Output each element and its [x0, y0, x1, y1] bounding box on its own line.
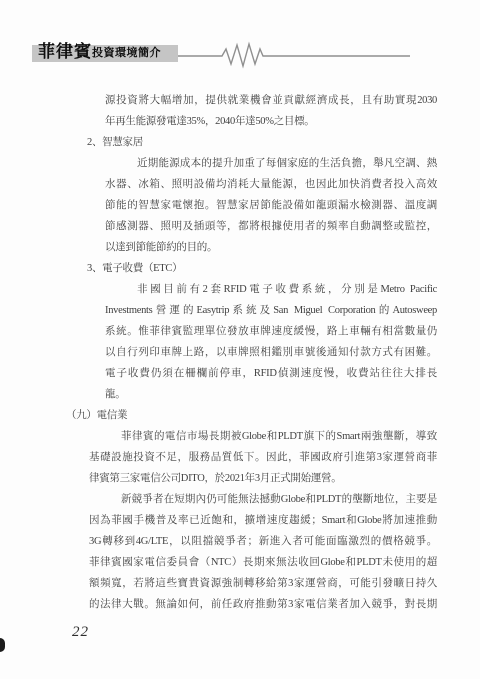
- heading-item: 2、智慧家居: [87, 132, 480, 153]
- text-line: Investments營運的Easytrip系統及San Miguel Corp…: [105, 300, 437, 321]
- header-title-main: 菲律賓: [38, 42, 92, 62]
- text-line: 源投資將大幅增加，提供就業機會並貢獻經濟成長，且有助實現2030: [105, 90, 437, 111]
- text-line: 菲律賓的電信市場長期被Globe和PLDT旗下的Smart兩強壟斷，導致: [89, 426, 437, 447]
- text-line: 因為菲國手機普及率已近飽和，擴增速度趨緩；Smart和Globe將加速推動: [89, 510, 437, 531]
- document-body: 源投資將大幅增加，提供就業機會並貢獻經濟成長，且有助實現2030年再生能源發電達…: [0, 90, 480, 615]
- text-line: 基礎設施投資不足，服務品質低下。因此，菲國政府引進第3家運營商菲: [89, 447, 437, 468]
- text-line: 年再生能源發電達35%，2040年達50%之目標。: [105, 111, 437, 132]
- heading-item: 3、電子收費（ETC）: [87, 258, 480, 279]
- text-line: 以達到節能節約的目的。: [105, 237, 437, 258]
- text-line: 3G轉移到4G/LTE，以阻擋競爭者；新進入者可能面臨激烈的價格競爭。: [89, 531, 437, 552]
- text-line: 近期能源成本的提升加重了每個家庭的生活負擔，舉凡空調、熱: [105, 153, 437, 174]
- text-line: 額頻寬，若將這些寶貴資源強制轉移給第3家運營商，可能引發曠日持久: [89, 573, 437, 594]
- text-line: 龍。: [105, 384, 437, 405]
- text-line: 以自行列印車牌上路，以車牌照相鑑別車號後通知付款方式有困難。: [105, 342, 437, 363]
- text-line: 節感測器、照明及插頭等，都將根據使用者的頻率自動調整或監控，: [105, 216, 437, 237]
- text-line: 的法律大戰。無論如何，前任政府推動第3家電信業者加入競爭，對長期: [89, 594, 437, 615]
- text-line: 水器、冰箱、照明設備均消耗大量能源，也因此加快消費者投入高效: [105, 174, 437, 195]
- text-line: 節能的智慧家電懷抱。智慧家居節能設備如龍頭漏水檢測器、溫度調: [105, 195, 437, 216]
- page-header: 菲律賓 投資環境簡介: [38, 40, 161, 62]
- page-number: 22: [72, 624, 89, 641]
- text-line: 新競爭者在短期內仍可能無法撼動Globe和PLDT的壟斷地位，主要是: [89, 489, 437, 510]
- heading-section: （九）電信業: [66, 405, 480, 426]
- text-line: 非國目前有2套RFID電子收費系統，分別是Metro Pacific: [105, 279, 437, 300]
- text-line: 律賓第三家電信公司DITO，於2021年3月正式開始運營。: [89, 468, 437, 489]
- header-title-sub: 投資環境簡介: [92, 45, 161, 62]
- text-line: 菲律賓國家電信委員會（NTC）長期來無法收回Globe和PLDT未使用的超: [89, 552, 437, 573]
- text-line: 電子收費仍須在柵欄前停車，RFID偵測速度慢，收費站往往大排長: [105, 363, 437, 384]
- scan-artifact-blob: [0, 638, 5, 652]
- text-line: 系統。惟菲律賓監理單位發放車牌速度緩慢，路上車輛有相當數量仍: [105, 321, 437, 342]
